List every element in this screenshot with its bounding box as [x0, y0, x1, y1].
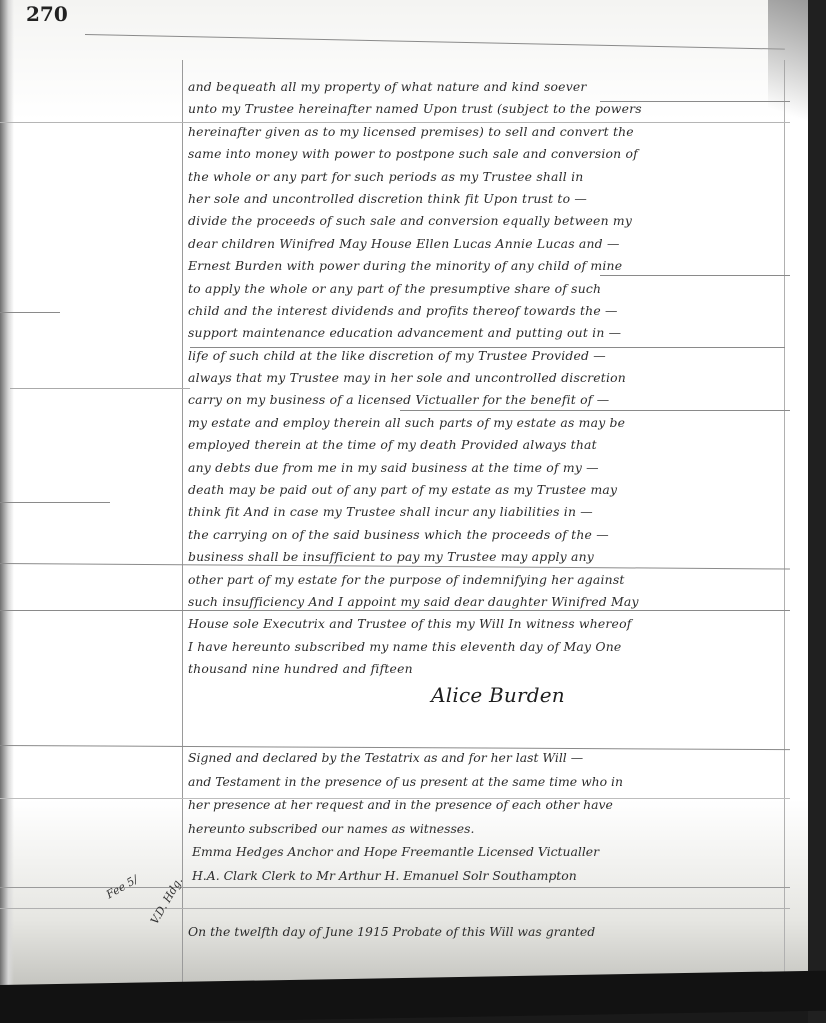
will-line: such insufficiency And I appoint my said…	[188, 591, 788, 613]
will-line: hereinafter given as to my licensed prem…	[188, 121, 788, 143]
will-line: the whole or any part for such periods a…	[188, 166, 788, 188]
witness-line: Emma Hedges Anchor and Hope Freemantle L…	[188, 840, 788, 864]
attestation-clause: Signed and declared by the Testatrix as …	[188, 746, 788, 887]
will-line: other part of my estate for the purpose …	[188, 569, 788, 591]
will-line: thousand nine hundred and fifteen	[188, 658, 788, 680]
page-edge-shadow	[808, 0, 826, 1023]
probate-line: On the twelfth day of June 1915 Probate …	[188, 924, 788, 939]
attestation-line: hereunto subscribed our names as witness…	[188, 817, 788, 841]
margin-note-initials: V.D. Hdg.	[148, 875, 185, 927]
will-line: I have hereunto subscribed my name this …	[188, 636, 788, 658]
will-line: dear children Winifred May House Ellen L…	[188, 233, 788, 255]
margin-rule	[182, 60, 183, 990]
will-line: employed therein at the time of my death…	[188, 434, 788, 456]
will-line: life of such child at the like discretio…	[188, 345, 788, 367]
attestation-line: Signed and declared by the Testatrix as …	[188, 746, 788, 770]
will-line: same into money with power to postpone s…	[188, 143, 788, 165]
ruled-line	[0, 908, 790, 909]
page-number: 270	[26, 2, 68, 26]
will-body: and bequeath all my property of what nat…	[188, 76, 788, 709]
ruled-line	[0, 502, 110, 503]
will-line: unto my Trustee hereinafter named Upon t…	[188, 98, 788, 120]
will-line: support maintenance education advancemen…	[188, 322, 788, 344]
will-line: carry on my business of a licensed Victu…	[188, 389, 788, 411]
register-page: 270 and bequeath all my property of what…	[0, 0, 808, 1000]
will-line: my estate and employ therein all such pa…	[188, 412, 788, 434]
will-line: House sole Executrix and Trustee of this…	[188, 613, 788, 635]
ruled-line	[85, 34, 785, 50]
will-line: Ernest Burden with power during the mino…	[188, 255, 788, 277]
will-line: death may be paid out of any part of my …	[188, 479, 788, 501]
will-line: and bequeath all my property of what nat…	[188, 76, 788, 98]
testatrix-signature: Alice Burden	[188, 681, 788, 709]
will-line: think fit And in case my Trustee shall i…	[188, 501, 788, 523]
will-line: business shall be insufficient to pay my…	[188, 546, 788, 568]
will-line: divide the proceeds of such sale and con…	[188, 210, 788, 232]
will-line: child and the interest dividends and pro…	[188, 300, 788, 322]
will-line: always that my Trustee may in her sole a…	[188, 367, 788, 389]
attestation-line: her presence at her request and in the p…	[188, 793, 788, 817]
will-line: her sole and uncontrolled discretion thi…	[188, 188, 788, 210]
ruled-line	[0, 312, 60, 313]
margin-note-fee: Fee 5/	[104, 873, 140, 901]
ruled-line	[10, 388, 190, 389]
witness-line: H.A. Clark Clerk to Mr Arthur H. Emanuel…	[188, 864, 788, 888]
will-line: the carrying on of the said business whi…	[188, 524, 788, 546]
will-line: to apply the whole or any part of the pr…	[188, 278, 788, 300]
will-line: any debts due from me in my said busines…	[188, 457, 788, 479]
attestation-line: and Testament in the presence of us pres…	[188, 770, 788, 794]
